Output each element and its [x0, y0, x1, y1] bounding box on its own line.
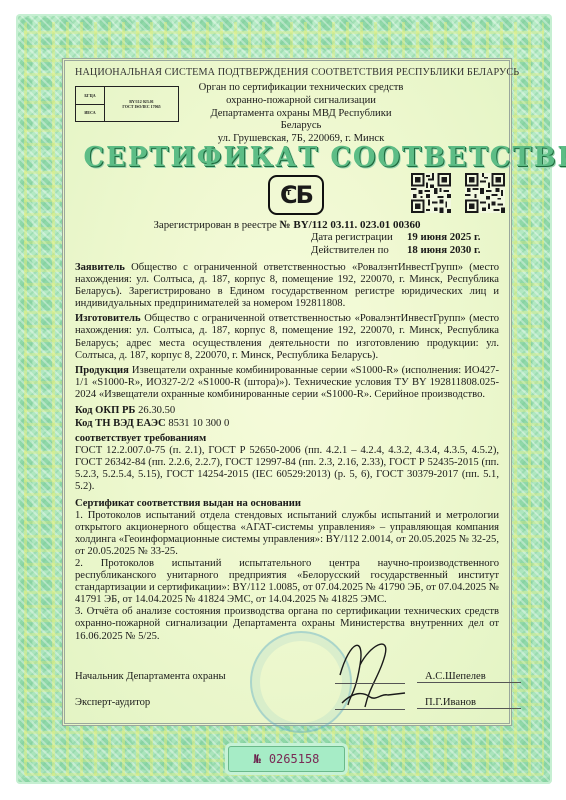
basis-item: 2. Протоколов испытаний испытательного ц…: [75, 558, 499, 606]
applicant-label: Заявитель: [75, 262, 125, 273]
certificate-title: СЕРТИФИКАТ СООТВЕТСТВИЯ: [83, 142, 490, 173]
qr-code-icon: [411, 173, 451, 213]
cert-body-line: Департамента охраны МВД Республики Белар…: [191, 108, 411, 134]
certification-body: Орган по сертификации технических средст…: [191, 82, 411, 146]
tnved-value: 8531 10 300 0: [168, 418, 229, 429]
manufacturer-label: Изготовитель: [75, 313, 141, 324]
requirements-text: ГОСТ 12.2.007.0-75 (п. 2.1), ГОСТ Р 5265…: [75, 445, 499, 493]
product-text: Извещатели охранные комбинированные сери…: [75, 365, 499, 400]
accreditation-top-label: БГЦА: [76, 87, 104, 105]
basis-item: 3. Отчёта об анализе состояния производс…: [75, 606, 499, 642]
cert-body-line: Орган по сертификации технических средст…: [191, 82, 411, 95]
accreditation-mark: БГЦА ИЕСА BY/112 023.01 ГОСТ ISO/IEC 170…: [75, 86, 179, 122]
basis-section: Сертификат соответствия выдан на основан…: [75, 498, 499, 643]
valid-until-date: 18 июня 2030 г.: [407, 244, 480, 256]
national-system-heading: НАЦИОНАЛЬНАЯ СИСТЕМА ПОДТВЕРЖДЕНИЯ СООТВ…: [75, 67, 499, 78]
signatory-name: А.С.Шепелев: [417, 671, 521, 683]
requirements-section: соответствует требованиям ГОСТ 12.2.007.…: [75, 433, 499, 493]
logo-row: СтБ: [75, 173, 499, 219]
serial-number: 0265158: [269, 752, 320, 766]
okp-value: 26.30.50: [138, 405, 175, 416]
certificate-body: НАЦИОНАЛЬНАЯ СИСТЕМА ПОДТВЕРЖДЕНИЯ СООТВ…: [62, 58, 512, 726]
registration-date-label: Дата регистрации: [311, 231, 403, 244]
registration-date: 19 июня 2025 г.: [407, 231, 480, 243]
product-label: Продукция: [75, 365, 129, 376]
signatures-block: Начальник Департамента охраны А.С.Шепеле…: [75, 661, 499, 733]
signature-line: [335, 671, 405, 684]
dates-block: Дата регистрации19 июня 2025 г. Действит…: [311, 231, 499, 256]
signatory-name: П.Г.Иванов: [417, 697, 521, 709]
registry-label: Зарегистрирован в реестре: [154, 219, 277, 231]
registry-number: Зарегистрирован в реестре № BY/112 03.11…: [75, 219, 499, 231]
applicant-section: Заявитель Общество с ограниченной ответс…: [75, 262, 499, 310]
stb-mark-icon: СтБ: [268, 175, 324, 215]
signatory-role: Эксперт-аудитор: [75, 697, 150, 708]
okp-label: Код ОКП РБ: [75, 405, 135, 416]
tnved-label: Код ТН ВЭД ЕАЭС: [75, 418, 166, 429]
header-block: БГЦА ИЕСА BY/112 023.01 ГОСТ ISO/IEC 170…: [75, 82, 499, 140]
serial-prefix: №: [254, 752, 261, 766]
signatory-role: Начальник Департамента охраны: [75, 671, 226, 682]
signature-line: [335, 697, 405, 710]
qr-code-icon: [465, 173, 505, 213]
codes-block: Код ОКП РБ 26.30.50 Код ТН ВЭД ЕАЭС 8531…: [75, 405, 499, 430]
applicant-text: Общество с ограниченной ответственностью…: [75, 262, 499, 309]
basis-label: Сертификат соответствия выдан на основан…: [75, 498, 301, 509]
product-section: Продукция Извещатели охранные комбиниров…: [75, 365, 499, 401]
manufacturer-section: Изготовитель Общество с ограниченной отв…: [75, 313, 499, 361]
registry-value: № BY/112 03.11. 023.01 00360: [280, 219, 421, 231]
requirements-label: соответствует требованиям: [75, 433, 206, 444]
accreditation-bottom-label: ИЕСА: [76, 105, 104, 122]
basis-item: 1. Протоколов испытаний отдела стендовых…: [75, 510, 499, 558]
accreditation-standard: ГОСТ ISO/IEC 17065: [122, 104, 160, 109]
cert-body-line: охранно-пожарной сигнализации: [191, 95, 411, 108]
valid-until-label: Действителен по: [311, 244, 403, 257]
serial-number-plate: № 0265158: [228, 746, 345, 772]
